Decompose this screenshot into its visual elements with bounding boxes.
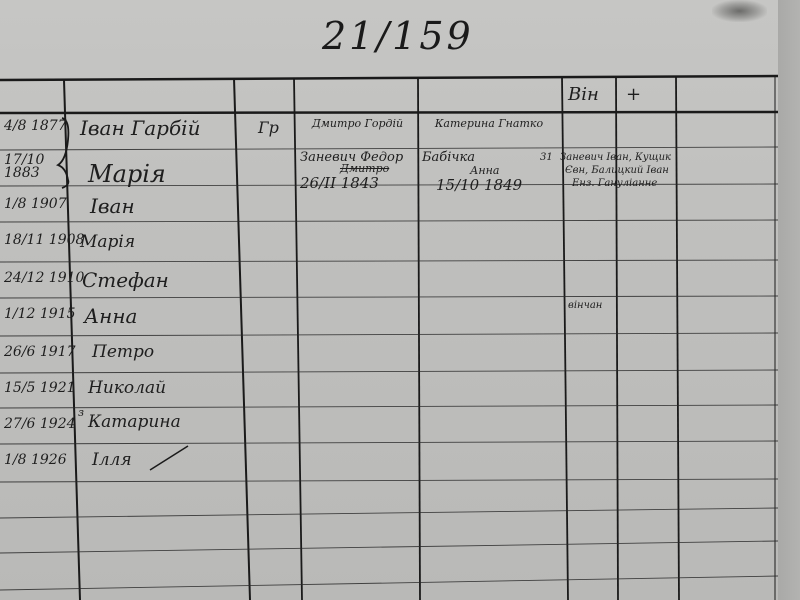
entry-name: Катарина <box>88 412 181 432</box>
entry-date: 1/8 1907 <box>4 196 67 212</box>
entry-date: 18/11 1908 <box>4 232 84 248</box>
marriage-note: вінчан <box>568 300 602 311</box>
entry-name: Іван <box>90 194 135 218</box>
entry-date: 1/12 1915 <box>4 306 76 322</box>
entry-date: 17/10 1883 <box>4 154 44 180</box>
entry-date: 15/5 1921 <box>4 380 76 396</box>
witness-line-3: Енз. Гануліанне <box>572 178 657 189</box>
entry-name: Анна <box>84 304 137 328</box>
header-birth: Він <box>568 84 599 105</box>
entry-date: 27/6 1924 <box>4 416 76 432</box>
witness-number: 31 <box>540 152 553 163</box>
mother-surname: Бабічка <box>422 150 475 165</box>
entry-name: Іван Гарбій <box>80 116 200 140</box>
entry-name: Петро <box>92 342 154 362</box>
entry-name: Николай <box>88 378 166 398</box>
entry-date: 1/8 1926 <box>4 452 67 468</box>
mother-birth-date: 15/10 1849 <box>436 176 522 194</box>
entry-name: Марія <box>88 160 166 188</box>
entry-date: 24/12 1910 <box>4 270 84 286</box>
entry-date: 26/6 1917 <box>4 344 76 360</box>
mother-name-header: Катерина Гнатко <box>424 118 554 130</box>
witness-line-2: Євн, Балицкий Іван <box>565 165 669 176</box>
register-grid <box>0 0 800 600</box>
father-birth-date: 26/II 1843 <box>300 174 379 192</box>
witness-line-1: Заневич Іван, Кущик <box>560 152 671 163</box>
bracket-mark: з <box>78 406 84 419</box>
entry-mark: Гр <box>258 118 279 137</box>
header-death: + <box>626 84 641 105</box>
entry-date: 4/8 1877 <box>4 118 67 134</box>
entry-name: Марія <box>80 232 135 252</box>
entry-name: Ілля <box>92 450 132 470</box>
entry-name: Стефан <box>82 268 169 292</box>
father-name-header: Дмитро Гордій <box>300 118 415 130</box>
